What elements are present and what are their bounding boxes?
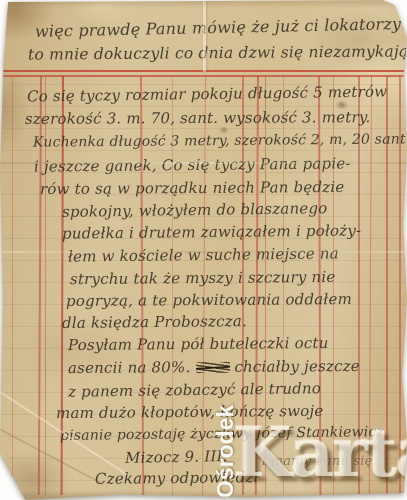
letter-paper: więc prawdę Panu mówię że już ci lokator… [0, 0, 407, 500]
red-vertical-rule [12, 76, 13, 495]
handwriting-line: rów to są w porządku niech Pan będzie [40, 177, 345, 199]
crossed-out-word [196, 362, 230, 373]
paper-shadow-wrap: więc prawdę Panu mówię że już ci lokator… [0, 0, 407, 500]
handwriting-line: z panem się zobaczyć ale trudno [68, 378, 321, 402]
line-segment: chciałby jeszcze [234, 357, 360, 376]
scan-canvas: więc prawdę Panu mówię że już ci lokator… [0, 0, 407, 500]
handwriting-line: Posyłam Panu pół buteleczki octu [68, 333, 329, 355]
line-segment: asencii na 80%. [68, 358, 191, 377]
red-header-rule-top [0, 70, 407, 72]
handwriting-line: i jeszcze ganek, Co się tyczy Pana papie… [34, 153, 351, 176]
handwriting-line: pudełka i drutem zawiązałem i położy- [62, 220, 361, 243]
handwriting-line-with-strikeout: asencii na 80%.chciałby jeszcze [68, 356, 360, 378]
handwriting-line: to mnie dokuczyli co dnia dzwi się nieza… [28, 41, 407, 64]
watermark-karta-text: Karta [233, 408, 407, 498]
handwriting-line: dla księdza Proboszcza. [62, 311, 247, 333]
handwriting-line: łem w kościele w suche miejsce na [68, 243, 339, 266]
handwriting-line: pogryzą, a te pokwitowania oddałem [66, 289, 352, 311]
handwriting-line: szerokość 3. m. 70, sant. wysokość 3. me… [25, 107, 371, 129]
handwriting-line: spokojny, włożyłem do blaszanego [62, 198, 328, 222]
handwriting-line: strychu tak że myszy i szczury nie [70, 267, 336, 289]
handwriting-line: Kuchenka długość 3 metry, szerokość 2, m… [33, 129, 407, 152]
